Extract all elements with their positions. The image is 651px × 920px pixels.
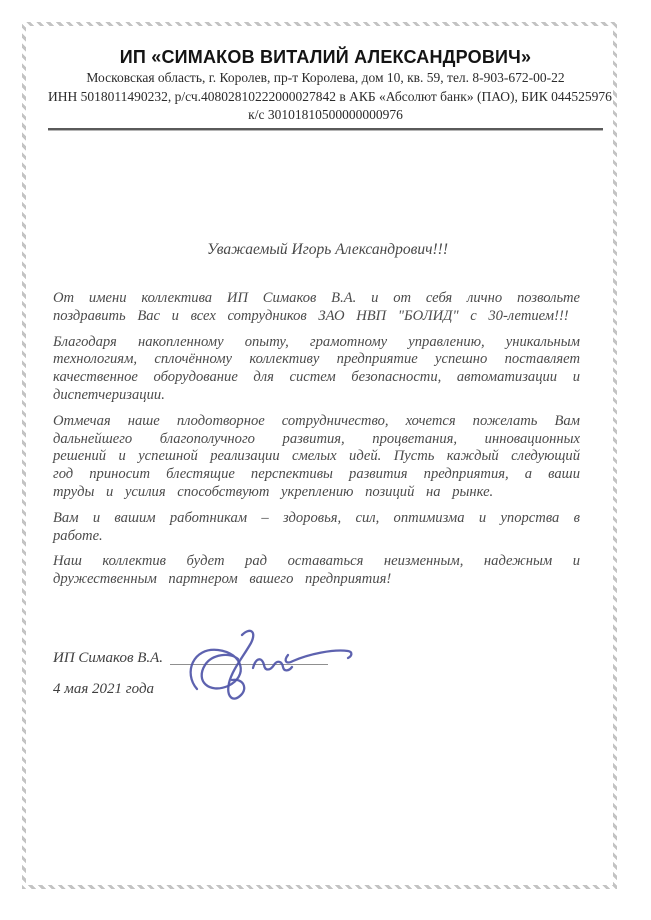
letter-body: Уважаемый Игорь Александрович!!! От имен… <box>53 0 580 699</box>
paragraph-health-wishes: Вам и вашим работникам – здоровья, сил, … <box>53 510 580 546</box>
signature-stroke-oval <box>191 650 241 689</box>
signature-stroke-flourish <box>286 651 352 663</box>
paragraph-wishes: Отмечая наше плодотворное сотрудничество… <box>53 413 580 502</box>
signer-name: ИП Симаков В.А. <box>53 650 163 666</box>
paragraph-partnership: Наш коллектив будет рад оставаться неизм… <box>53 553 580 589</box>
letter-page: ИП «СИМАКОВ ВИТАЛИЙ АЛЕКСАНДРОВИЧ» Моско… <box>0 0 651 920</box>
paragraph-greeting: От имени коллектива ИП Симаков В.А. и от… <box>53 290 580 326</box>
signature-block: ИП Симаков В.А. 4 мая 2021 года <box>53 648 580 699</box>
paragraph-company-praise: Благодаря накопленному опыту, грамотному… <box>53 334 580 405</box>
salutation: Уважаемый Игорь Александрович!!! <box>53 240 580 260</box>
handwritten-signature-ink <box>185 629 357 709</box>
